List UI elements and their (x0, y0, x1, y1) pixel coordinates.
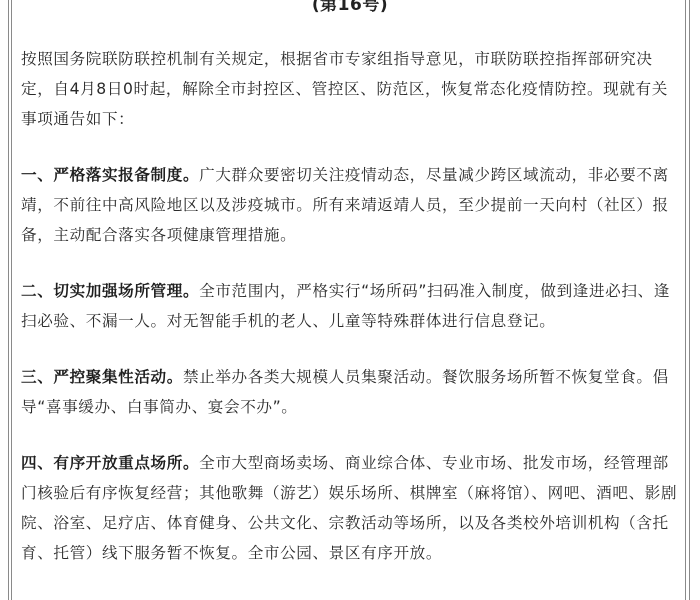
border-line-left-inner (11, 0, 12, 600)
section-4: 四、有序开放重点场所。全市大型商场卖场、商业综合体、专业市场、批发市场，经管理部… (21, 448, 683, 568)
spacer (21, 250, 683, 276)
border-line-right-outer (689, 0, 690, 600)
section-3-heading: 三、严控聚集性活动。 (21, 368, 183, 386)
spacer (21, 336, 683, 362)
section-1: 一、严格落实报备制度。广大群众要密切关注疫情动态，尽量减少跨区域流动，非必要不离… (21, 160, 683, 250)
intro-paragraph: 按照国务院联防联控机制有关规定，根据省市专家组指导意见，市联防联控指挥部研究决定… (21, 44, 683, 134)
document-body: 按照国务院联防联控机制有关规定，根据省市专家组指导意见，市联防联控指挥部研究决定… (21, 44, 683, 568)
spacer (21, 134, 683, 160)
section-2-heading: 二、切实加强场所管理。 (21, 282, 199, 300)
spacer (21, 422, 683, 448)
section-3: 三、严控聚集性活动。禁止举办各类大规模人员集聚活动。餐饮服务场所暂不恢复堂食。倡… (21, 362, 683, 422)
section-4-heading: 四、有序开放重点场所。 (21, 454, 199, 472)
section-2: 二、切实加强场所管理。全市范围内，严格实行“场所码”扫码准入制度，做到逢进必扫、… (21, 276, 683, 336)
section-1-heading: 一、严格落实报备制度。 (21, 166, 199, 184)
border-line-right-inner (685, 0, 686, 600)
border-line-left-outer (8, 0, 9, 600)
document-number: (第16号) (0, 0, 700, 15)
